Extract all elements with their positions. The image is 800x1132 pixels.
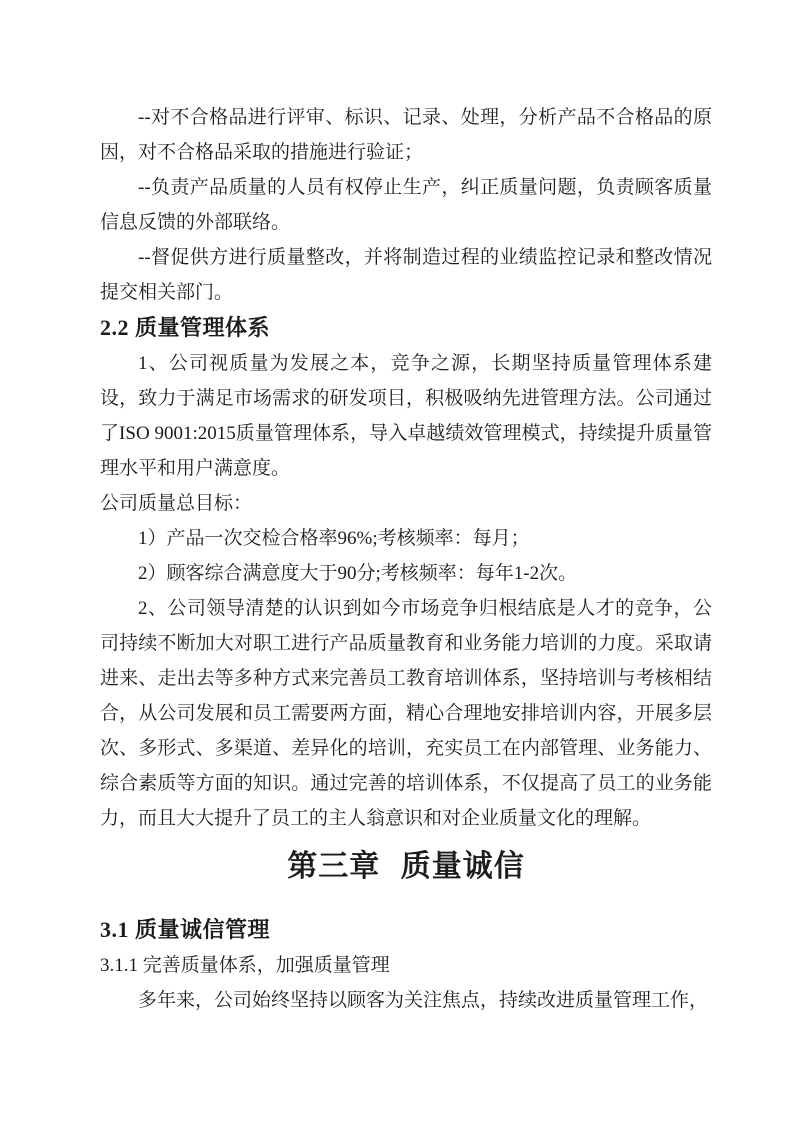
quality-goal-item-1: 1）产品一次交检合格率96%;考核频率：每月； [100,521,712,556]
body-paragraph-customer-focus: 多年来，公司始终坚持以顾客为关注焦点，持续改进质量管理工作， [100,983,712,1018]
subsection-heading-3-1-1: 3.1.1 完善质量体系，加强质量管理 [100,948,712,983]
section-heading-2-2: 2.2 质量管理体系 [100,310,712,346]
bullet-paragraph-supplier-rectification: --督促供方进行质量整改，并将制造过程的业绩监控记录和整改情况提交相关部门。 [100,240,712,310]
quality-goals-label: 公司质量总目标： [100,486,712,521]
body-paragraph-training: 2、公司领导清楚的认识到如今市场竞争归根结底是人才的竞争，公司持续不断加大对职工… [100,591,712,836]
bullet-paragraph-stop-production: --负责产品质量的人员有权停止生产，纠正质量问题，负责顾客质量信息反馈的外部联络… [100,170,712,240]
body-paragraph-quality-system: 1、公司视质量为发展之本，竞争之源，长期坚持质量管理体系建设，致力于满足市场需求… [100,346,712,486]
bullet-paragraph-nonconforming-review: --对不合格品进行评审、标识、记录、处理，分析产品不合格品的原因，对不合格品采取… [100,100,712,170]
section-heading-3-1: 3.1 质量诚信管理 [100,912,712,948]
chapter-title: 第三章 质量诚信 [100,844,712,890]
document-page: --对不合格品进行评审、标识、记录、处理，分析产品不合格品的原因，对不合格品采取… [0,0,800,1132]
quality-goal-item-2: 2）顾客综合满意度大于90分;考核频率：每年1-2次。 [100,556,712,591]
